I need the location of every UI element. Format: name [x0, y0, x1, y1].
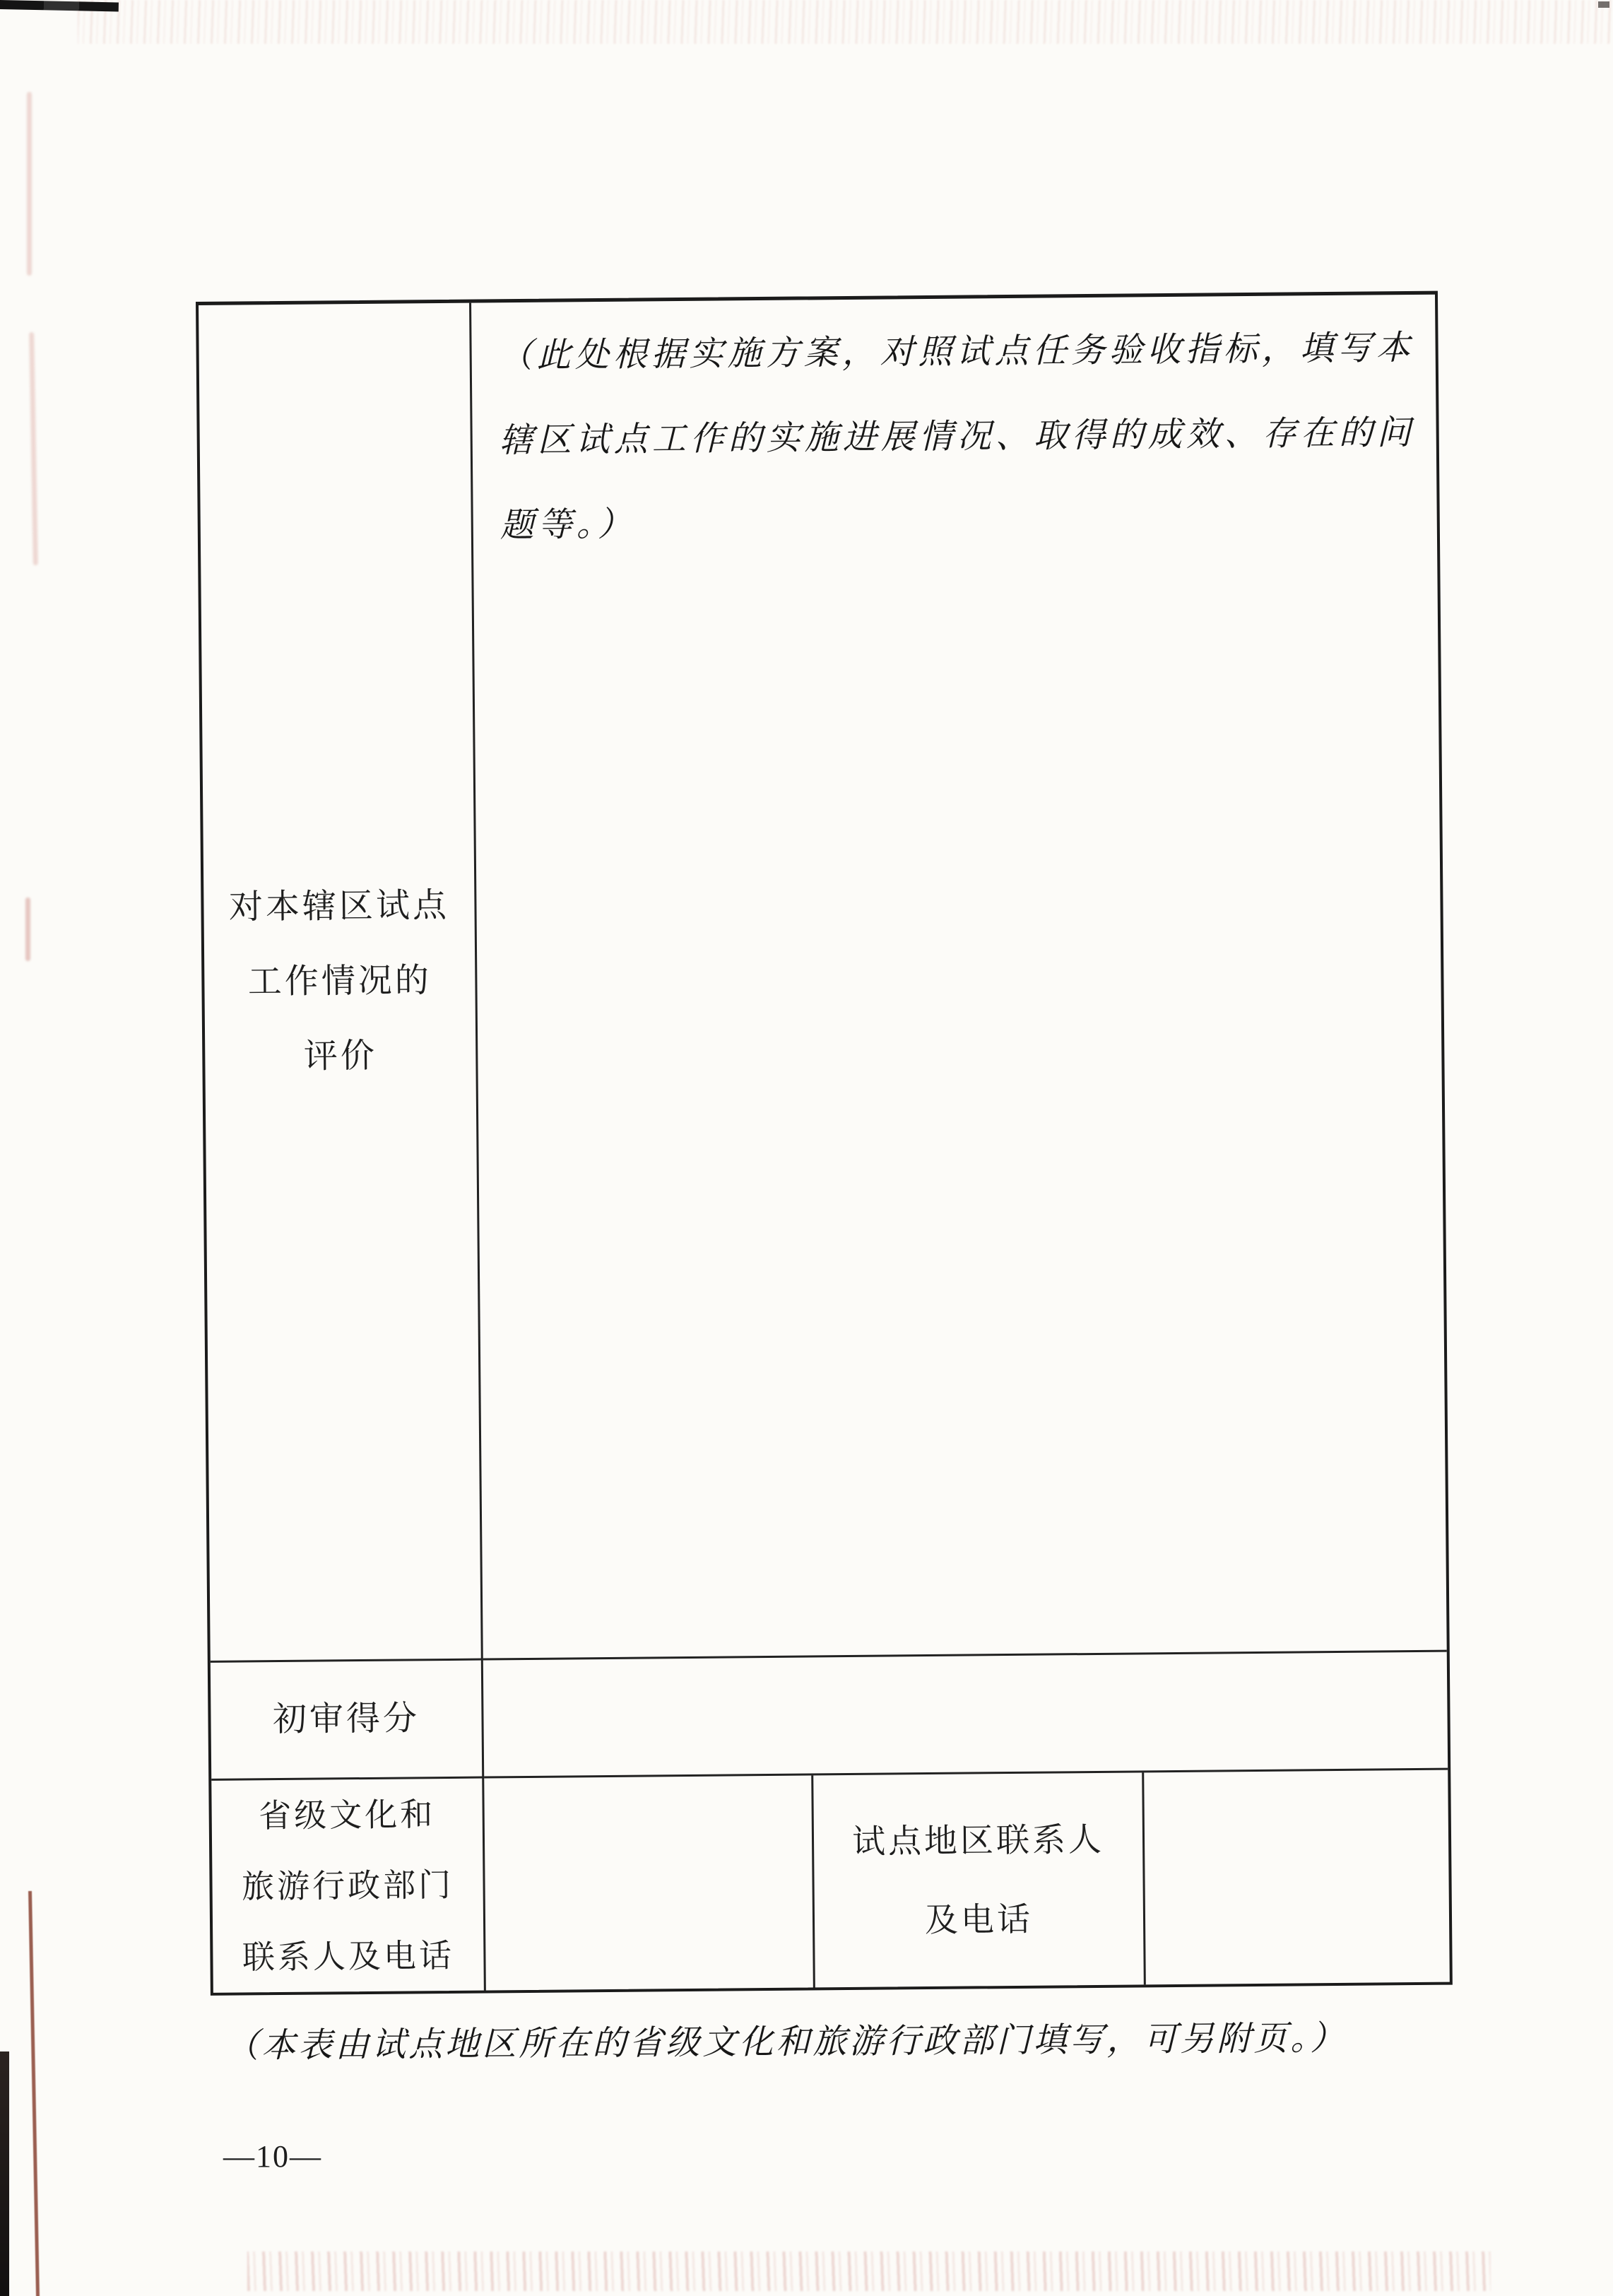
scan-black-mark-top-left [0, 0, 119, 12]
evaluation-label-cell: 对本辖区试点 工作情况的 评价 [199, 303, 483, 1663]
scan-pink-mark-left-3 [25, 897, 30, 961]
scanned-document-page: { "colors": { "ink": "#1c1c1c", "paper":… [0, 0, 1613, 2296]
pilot-contact-label: 试点地区联系人 及电话 [852, 1800, 1106, 1960]
pilot-contact-value-cell [1144, 1770, 1450, 1985]
evaluation-instruction-text: （此处根据实施方案，对照试点任务验收指标，填写本辖区试点工作的实施进展情况、取得… [471, 295, 1437, 569]
scan-black-mark-top-right [1598, 1, 1609, 8]
page-number: —10— [223, 2138, 322, 2174]
evaluation-label: 对本辖区试点 工作情况的 评价 [229, 869, 451, 1095]
score-label: 初审得分 [273, 1681, 420, 1758]
scan-noise-band-top [78, 0, 1613, 44]
score-label-cell: 初审得分 [211, 1661, 484, 1781]
pilot-contact-label-cell: 试点地区联系人 及电话 [813, 1772, 1146, 1987]
scan-red-line-bottom-left [28, 1891, 40, 2296]
provincial-contact-label-cell: 省级文化和 旅游行政部门 联系人及电话 [211, 1779, 486, 1993]
form-footnote: （本表由试点地区所在的省级文化和旅游行政部门填写，可另附页。） [225, 2010, 1440, 2067]
scan-noise-band-bottom [247, 2251, 1491, 2291]
provincial-contact-label: 省级文化和 旅游行政部门 联系人及电话 [241, 1779, 455, 1993]
provincial-contact-value-cell [484, 1775, 815, 1990]
scan-black-strip-bottom-left [0, 2051, 9, 2296]
scan-pink-mark-left-2 [29, 332, 38, 565]
evaluation-content-cell: （此处根据实施方案，对照试点任务验收指标，填写本辖区试点工作的实施进展情况、取得… [471, 295, 1447, 1661]
form-table: 对本辖区试点 工作情况的 评价 （此处根据实施方案，对照试点任务验收指标，填写本… [196, 291, 1453, 1996]
scan-pink-mark-left-1 [27, 92, 32, 276]
score-value-cell [483, 1652, 1448, 1779]
